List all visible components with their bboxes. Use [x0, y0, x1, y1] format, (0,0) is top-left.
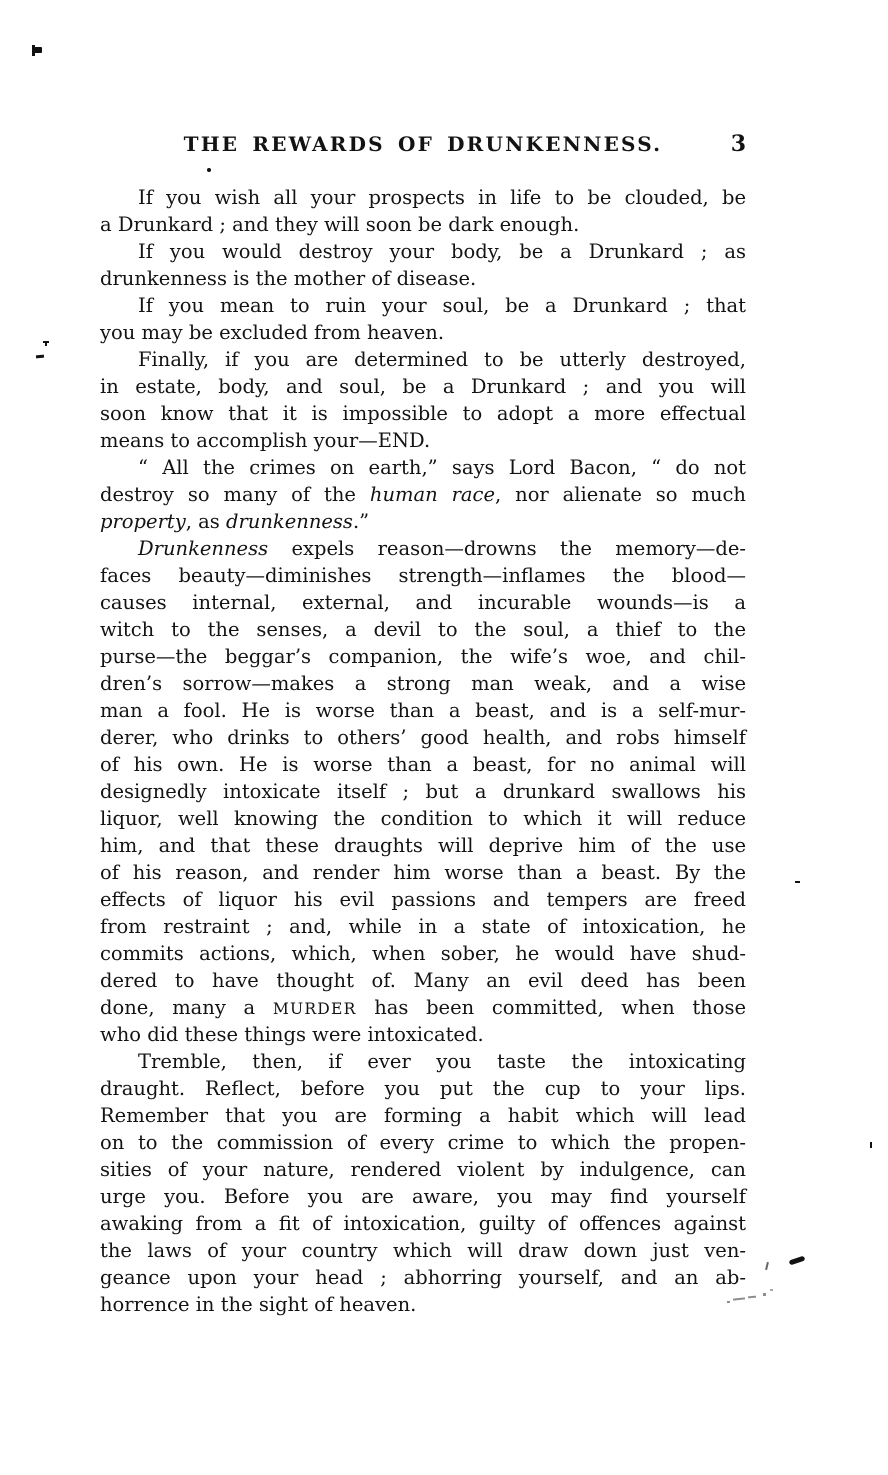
- text-line: liquor, well knowing the condition to wh…: [100, 805, 746, 832]
- paragraph: If you wish all your prospects in life t…: [100, 184, 746, 238]
- page-body: If you wish all your prospects in life t…: [100, 184, 746, 1318]
- scan-artifact-left-margin-tick: [43, 341, 49, 343]
- text-segment: Remember that you are forming a habit wh…: [100, 1104, 746, 1127]
- scan-artifact-header-dot: [207, 168, 211, 172]
- text-segment: has been committed, when those: [357, 996, 746, 1019]
- text-line: faces beauty—diminishes strength—inflame…: [100, 562, 746, 589]
- text-line: Drunkenness expels reason—drowns the mem…: [100, 535, 746, 562]
- text-segment: draught. Reflect, before you put the cup…: [100, 1077, 746, 1100]
- text-segment: dered to have thought of. Many an evil d…: [100, 969, 746, 992]
- text-segment: derer, who drinks to others’ good health…: [100, 726, 746, 749]
- text-segment: designedly intoxicate itself ; but a dru…: [100, 780, 746, 803]
- text-segment: If you mean to ruin your soul, be a Drun…: [138, 294, 746, 317]
- text-line: derer, who drinks to others’ good health…: [100, 724, 746, 751]
- text-segment: commits actions, which, when sober, he w…: [100, 942, 746, 965]
- text-line: If you would destroy your body, be a Dru…: [100, 238, 746, 265]
- text-line: witch to the senses, a devil to the soul…: [100, 616, 746, 643]
- text-line: Tremble, then, if ever you taste the int…: [100, 1048, 746, 1075]
- text-segment: a Drunkard ; and they will soon be dark …: [100, 213, 579, 236]
- paragraph: Finally, if you are determined to be utt…: [100, 346, 746, 454]
- text-segment: “ All the crimes on earth,” says Lord Ba…: [138, 456, 746, 479]
- text-segment: dren’s sorrow—makes a strong man weak, a…: [100, 672, 746, 695]
- scan-artifact-right-margin-dash: [795, 881, 800, 883]
- text-segment: urge you. Before you are aware, you may …: [100, 1185, 746, 1208]
- text-line: of his own. He is worse than a beast, fo…: [100, 751, 746, 778]
- text-line: commits actions, which, when sober, he w…: [100, 940, 746, 967]
- scan-artifact-squiggle-dot: [770, 1289, 773, 1291]
- text-segment: of his reason, and render him worse than…: [100, 861, 746, 884]
- text-line: man a fool. He is worse than a beast, an…: [100, 697, 746, 724]
- scan-artifact-squiggle-dot: [763, 1293, 766, 1296]
- page-header: THE REWARDS OF DRUNKENNESS. 3: [100, 131, 746, 157]
- text-line: you may be excluded from heaven.: [100, 319, 746, 346]
- italic-text: Drunkenness: [138, 537, 268, 560]
- text-line: soon know that it is impossible to adopt…: [100, 400, 746, 427]
- text-line: destroy so many of the human race, nor a…: [100, 481, 746, 508]
- text-line: on to the commission of every crime to w…: [100, 1129, 746, 1156]
- italic-text: human race: [370, 483, 495, 506]
- text-line: draught. Reflect, before you put the cup…: [100, 1075, 746, 1102]
- page-title: THE REWARDS OF DRUNKENNESS.: [100, 131, 746, 157]
- text-line: dered to have thought of. Many an evil d…: [100, 967, 746, 994]
- paragraph: Tremble, then, if ever you taste the int…: [100, 1048, 746, 1318]
- text-segment: If you wish all your prospects in life t…: [138, 186, 746, 209]
- paragraph: If you mean to ruin your soul, be a Drun…: [100, 292, 746, 346]
- text-line: effects of liquor his evil passions and …: [100, 886, 746, 913]
- text-segment: , as: [186, 510, 226, 533]
- text-line: If you mean to ruin your soul, be a Drun…: [100, 292, 746, 319]
- text-segment: awaking from a fit of intoxication, guil…: [100, 1212, 746, 1235]
- text-line: in estate, body, and soul, be a Drunkard…: [100, 373, 746, 400]
- text-segment: him, and that these draughts will depriv…: [100, 834, 746, 857]
- small-caps-text: MURDER: [273, 1000, 357, 1018]
- text-segment: If you would destroy your body, be a Dru…: [138, 240, 746, 263]
- text-line: urge you. Before you are aware, you may …: [100, 1183, 746, 1210]
- text-line: him, and that these draughts will depriv…: [100, 832, 746, 859]
- text-segment: sities of your nature, rendered violent …: [100, 1158, 746, 1181]
- paragraph: If you would destroy your body, be a Dru…: [100, 238, 746, 292]
- text-segment: Finally, if you are determined to be utt…: [138, 348, 746, 371]
- text-segment: on to the commission of every crime to w…: [100, 1131, 746, 1154]
- scan-artifact-squiggle-dash: [748, 1296, 756, 1299]
- text-line: property, as drunkenness.”: [100, 508, 746, 535]
- text-line: “ All the crimes on earth,” says Lord Ba…: [100, 454, 746, 481]
- text-line: causes internal, external, and incurable…: [100, 589, 746, 616]
- text-line: awaking from a fit of intoxication, guil…: [100, 1210, 746, 1237]
- paragraph: Drunkenness expels reason—drowns the mem…: [100, 535, 746, 1048]
- italic-text: property: [100, 510, 186, 533]
- text-segment: done, many a: [100, 996, 273, 1019]
- text-segment: soon know that it is impossible to adopt…: [100, 402, 746, 425]
- text-segment: man a fool. He is worse than a beast, an…: [100, 699, 746, 722]
- scan-artifact-right-margin-tick: [870, 1142, 872, 1148]
- text-line: Remember that you are forming a habit wh…: [100, 1102, 746, 1129]
- text-line: from restraint ; and, while in a state o…: [100, 913, 746, 940]
- paragraph: “ All the crimes on earth,” says Lord Ba…: [100, 454, 746, 535]
- text-segment: witch to the senses, a devil to the soul…: [100, 618, 746, 641]
- text-line: Finally, if you are determined to be utt…: [100, 346, 746, 373]
- text-segment: causes internal, external, and incurable…: [100, 591, 746, 614]
- text-segment: in estate, body, and soul, be a Drunkard…: [100, 375, 746, 398]
- text-line: horrence in the sight of heaven.: [100, 1291, 746, 1318]
- text-segment: purse—the beggar’s companion, the wife’s…: [100, 645, 746, 668]
- text-line: purse—the beggar’s companion, the wife’s…: [100, 643, 746, 670]
- text-segment: liquor, well knowing the condition to wh…: [100, 807, 746, 830]
- text-line: means to accomplish your—END.: [100, 427, 746, 454]
- text-segment: horrence in the sight of heaven.: [100, 1293, 416, 1316]
- scan-artifact-squiggle-dot: [727, 1301, 730, 1303]
- text-segment: who did these things were intoxicated.: [100, 1023, 484, 1046]
- text-line: who did these things were intoxicated.: [100, 1021, 746, 1048]
- text-segment: effects of liquor his evil passions and …: [100, 888, 746, 911]
- italic-text: drunkenness: [226, 510, 353, 533]
- scan-artifact-pencil-check: [789, 1256, 806, 1266]
- text-segment: of his own. He is worse than a beast, fo…: [100, 753, 746, 776]
- text-segment: geance upon your head ; abhorring yourse…: [100, 1266, 746, 1289]
- text-segment: drunkenness is the mother of disease.: [100, 267, 476, 290]
- text-line: geance upon your head ; abhorring yourse…: [100, 1264, 746, 1291]
- text-segment: from restraint ; and, while in a state o…: [100, 915, 746, 938]
- text-line: of his reason, and render him worse than…: [100, 859, 746, 886]
- text-line: a Drunkard ; and they will soon be dark …: [100, 211, 746, 238]
- text-segment: .”: [353, 510, 369, 533]
- text-line: drunkenness is the mother of disease.: [100, 265, 746, 292]
- scan-artifact-top-left-speck: [32, 47, 42, 53]
- text-line: sities of your nature, rendered violent …: [100, 1156, 746, 1183]
- text-line: If you wish all your prospects in life t…: [100, 184, 746, 211]
- text-segment: faces beauty—diminishes strength—inflame…: [100, 564, 746, 587]
- text-line: designedly intoxicate itself ; but a dru…: [100, 778, 746, 805]
- scan-artifact-pencil-comma: [765, 1262, 769, 1270]
- text-segment: destroy so many of the: [100, 483, 370, 506]
- text-segment: , nor alienate so much: [495, 483, 746, 506]
- text-line: the laws of your country which will draw…: [100, 1237, 746, 1264]
- text-segment: Tremble, then, if ever you taste the int…: [138, 1050, 746, 1073]
- text-line: done, many a MURDER has been committed, …: [100, 994, 746, 1021]
- book-page: THE REWARDS OF DRUNKENNESS. 3 If you wis…: [0, 0, 888, 1475]
- text-segment: the laws of your country which will draw…: [100, 1239, 746, 1262]
- text-segment: expels reason—drowns the memory—de-: [268, 537, 746, 560]
- page-number: 3: [731, 131, 746, 157]
- text-segment: you may be excluded from heaven.: [100, 321, 444, 344]
- text-segment: means to accomplish your—END.: [100, 429, 430, 452]
- text-line: dren’s sorrow—makes a strong man weak, a…: [100, 670, 746, 697]
- scan-artifact-left-margin-dash: [36, 355, 44, 359]
